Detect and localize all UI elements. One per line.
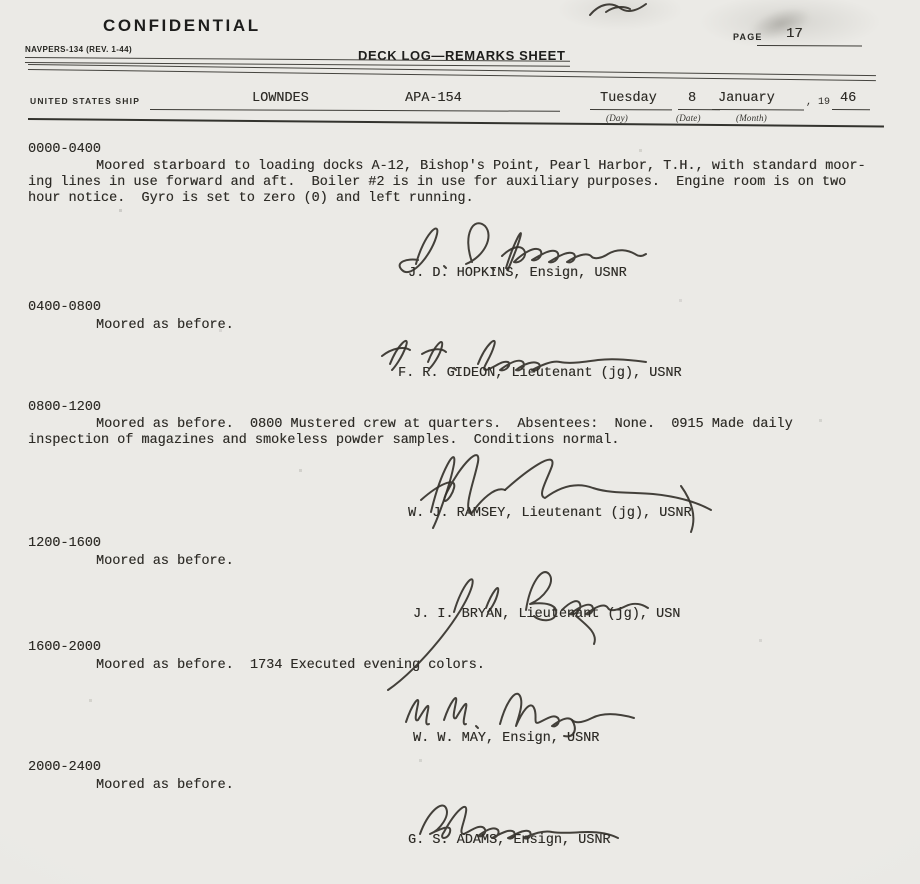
signature-bryan-script xyxy=(358,564,658,694)
year-prefix: , 19 xyxy=(806,97,830,108)
caption-month: (Month) xyxy=(736,113,767,123)
deck-log-remarks-sheet: CONFIDENTIAL NAVPERS-134 (REV. 1-44) DEC… xyxy=(0,0,920,884)
page-number: 17 xyxy=(786,26,803,42)
log-text-line: Moored as before. xyxy=(28,318,234,334)
ship-label: UNITED STATES SHIP xyxy=(30,96,140,106)
ship-name-underline xyxy=(150,109,560,112)
ship-name: LOWNDES xyxy=(252,91,309,107)
caption-day: (Day) xyxy=(606,113,628,123)
log-text-line: Moored as before. xyxy=(28,778,234,794)
hull-number: APA-154 xyxy=(405,91,462,107)
signature-may-script xyxy=(388,680,648,742)
log-text-line: Moored as before. 0800 Mustered crew at … xyxy=(28,417,793,433)
month-underline xyxy=(712,109,804,110)
watch-period: 2000-2400 xyxy=(28,760,101,776)
log-text-line: ing lines in use forward and aft. Boiler… xyxy=(28,175,846,191)
watch-period: 0000-0400 xyxy=(28,142,101,158)
watch-period: 1600-2000 xyxy=(28,640,101,656)
header-rule-full xyxy=(28,64,876,81)
year: 46 xyxy=(840,91,856,107)
signature-ramsey-script xyxy=(385,436,725,536)
log-text-line: Moored starboard to loading docks A-12, … xyxy=(28,159,866,175)
log-text-line: hour notice. Gyro is set to zero (0) and… xyxy=(28,191,474,207)
date-day: Tuesday xyxy=(600,91,657,107)
watch-period: 0800-1200 xyxy=(28,400,101,416)
signature-gideon-script xyxy=(370,330,670,374)
paper-specks xyxy=(0,0,1,1)
page-number-underline xyxy=(757,45,862,47)
classification-banner: CONFIDENTIAL xyxy=(103,16,261,36)
date-month: January xyxy=(718,91,775,107)
day-underline xyxy=(590,109,672,110)
watch-period: 0400-0800 xyxy=(28,300,101,316)
date-number: 8 xyxy=(688,91,696,107)
scan-scribble-mark xyxy=(586,0,650,20)
form-number: NAVPERS-134 (REV. 1-44) xyxy=(25,45,132,54)
log-text-line: Moored as before. xyxy=(28,554,234,570)
signature-adams-script xyxy=(398,794,648,846)
signature-hopkins-script xyxy=(388,212,648,287)
watch-period: 1200-1600 xyxy=(28,536,101,552)
caption-date: (Date) xyxy=(676,113,701,123)
page-label: PAGE xyxy=(733,32,763,42)
year-underline xyxy=(832,109,870,110)
